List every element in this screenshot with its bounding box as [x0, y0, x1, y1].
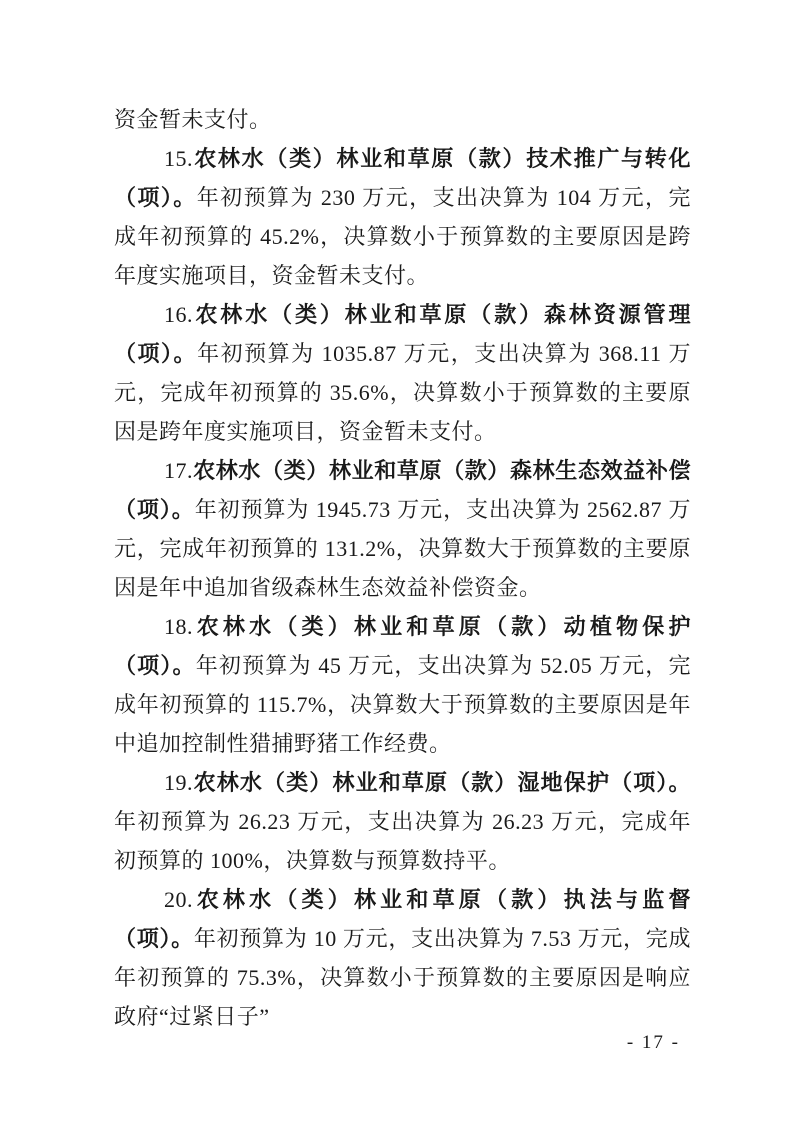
budget-item-19: 19.农林水（类）林业和草原（款）湿地保护（项）。年初预算为 26.23 万元，…: [114, 763, 691, 880]
item-20-body: 年初预算为 10 万元，支出决算为 7.53 万元，完成年初预算的 75.3%，…: [114, 926, 691, 1029]
item-16-number: 16.: [164, 302, 193, 327]
budget-item-20: 20.农林水（类）林业和草原（款）执法与监督（项）。年初预算为 10 万元，支出…: [114, 880, 691, 1036]
item-16-body: 年初预算为 1035.87 万元，支出决算为 368.11 万元，完成年初预算的…: [114, 341, 691, 444]
budget-item-16: 16.农林水（类）林业和草原（款）森林资源管理（项）。年初预算为 1035.87…: [114, 295, 691, 451]
item-19-heading: 农林水（类）林业和草原（款）湿地保护（项）。: [193, 770, 691, 795]
item-19-body: 年初预算为 26.23 万元，支出决算为 26.23 万元，完成年初预算的 10…: [114, 809, 691, 873]
budget-item-15: 15.农林水（类）林业和草原（款）技术推广与转化（项）。年初预算为 230 万元…: [114, 139, 691, 295]
budget-item-18: 18.农林水（类）林业和草原（款）动植物保护（项）。年初预算为 45 万元，支出…: [114, 607, 691, 763]
item-20-number: 20.: [164, 887, 193, 912]
item-17-body: 年初预算为 1945.73 万元，支出决算为 2562.87 万元，完成年初预算…: [114, 497, 691, 600]
item-18-body: 年初预算为 45 万元，支出决算为 52.05 万元，完成年初预算的 115.7…: [114, 653, 691, 756]
item-17-number: 17.: [164, 458, 193, 483]
document-body: 资金暂未支付。 15.农林水（类）林业和草原（款）技术推广与转化（项）。年初预算…: [114, 100, 691, 1036]
budget-item-17: 17.农林水（类）林业和草原（款）森林生态效益补偿（项）。年初预算为 1945.…: [114, 451, 691, 607]
item-15-number: 15.: [164, 146, 193, 171]
continuation-paragraph: 资金暂未支付。: [114, 100, 691, 139]
page-number: - 17 -: [627, 1032, 680, 1054]
document-page: 资金暂未支付。 15.农林水（类）林业和草原（款）技术推广与转化（项）。年初预算…: [0, 0, 793, 1122]
continuation-text: 资金暂未支付。: [114, 107, 272, 132]
item-15-body: 年初预算为 230 万元，支出决算为 104 万元，完成年初预算的 45.2%，…: [114, 185, 691, 288]
item-19-number: 19.: [164, 770, 193, 795]
item-18-number: 18.: [164, 614, 193, 639]
